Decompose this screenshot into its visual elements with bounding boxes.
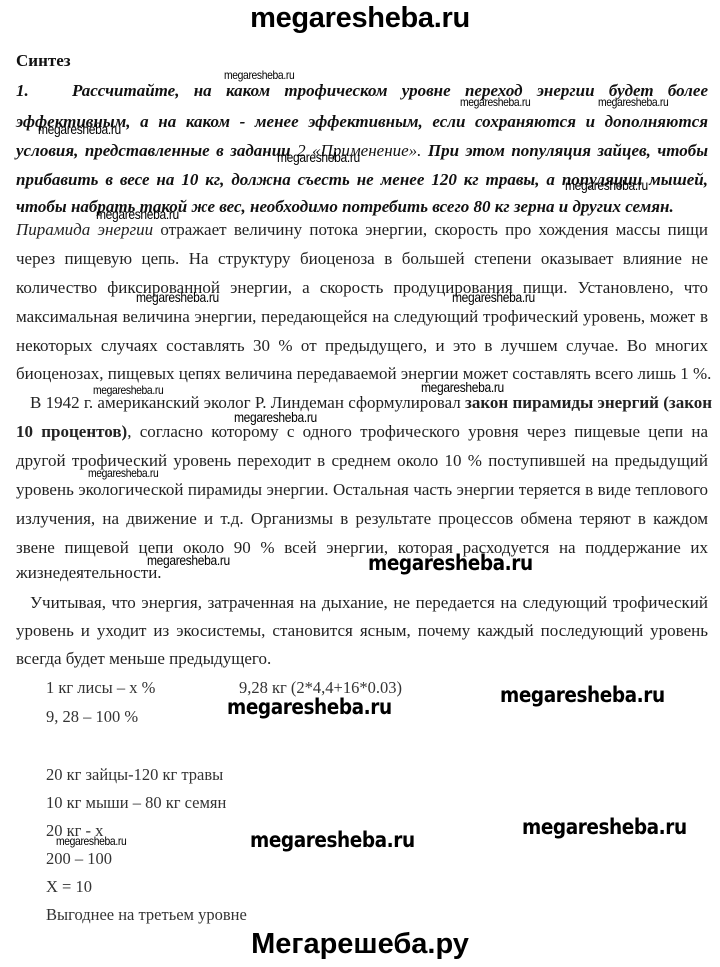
paragraph3-line-1: Учитывая, что энергия, затраченная на ды… [30,593,708,613]
calc-mice: 10 кг мыши – 80 кг семян [46,793,226,813]
watermark: megaresheba.ru [565,177,648,193]
watermark: megaresheba.ru [368,551,533,575]
section-title: Синтез [16,51,71,71]
watermark: megaresheba.ru [460,95,530,109]
calc-fox-line: 1 кг лисы – х % [46,678,155,698]
calc-result: X = 10 [46,877,92,897]
watermark: megaresheba.ru [147,552,230,568]
paragraph1-line-1: Пирамида энергии отражает величину поток… [16,220,708,240]
paragraph2-line-2: 10 процентов), согласно которому с одног… [16,422,708,442]
calc-fox-total: 9, 28 – 100 % [46,707,138,727]
watermark: megaresheba.ru [234,409,317,425]
watermark: megaresheba.ru [277,149,360,165]
watermark: megaresheba.ru [38,121,121,137]
watermark: megaresheba.ru [56,834,126,848]
paragraph1-line-5: некоторых случаях составлять 30 % от пре… [16,336,708,356]
watermark: megaresheba.ru [136,289,219,305]
watermark: megaresheba.ru [421,379,504,395]
calc-hares: 20 кг зайцы-120 кг травы [46,765,223,785]
watermark: megaresheba.ru [500,683,665,707]
task-line-3: условия, представленные в задании 2 «При… [16,141,708,161]
term-energy-pyramid: Пирамида энергии [16,220,153,239]
watermark: megaresheba.ru [598,95,668,109]
paragraph2-line-6: звене пищевой цепи около 90 % всей энерг… [16,538,708,558]
watermark: megaresheba.ru [452,289,535,305]
law-name: закон пирамиды энергий (закон [465,393,712,412]
paragraph1-line-6: биоценозах, пищевых цепях величина перед… [16,364,708,384]
watermark: megaresheba.ru [227,695,392,719]
watermark: megaresheba.ru [250,828,415,852]
calc-conclusion: Выгоднее на третьем уровне [46,905,247,925]
calc-ratio: 200 – 100 [46,849,112,869]
paragraph3-line-2: уровень и уходит из экосистемы, становит… [16,621,708,641]
paragraph1-line-4: максимальная величина энергии, передающе… [16,307,708,327]
watermark: megaresheba.ru [93,383,163,397]
site-footer: Мегарешеба.ру [0,928,720,961]
watermark: megaresheba.ru [224,68,294,82]
paragraph3-line-3: всегда будет меньше предыдущего. [16,649,708,669]
task-number: 1. [16,81,72,101]
watermark: megaresheba.ru [96,206,179,222]
paragraph2-line-7: жизнедеятельности. [16,563,708,583]
paragraph2-line-5: излучения, на движение и т.д. Организмы … [16,509,708,529]
paragraph1-line-2: через пищевую цепь. На структуру биоцено… [16,249,708,269]
site-header: megaresheba.ru [0,2,720,35]
watermark: megaresheba.ru [88,466,158,480]
paragraph2-line-4: уровень экологической пирамиды энергии. … [16,480,708,500]
watermark: megaresheba.ru [522,815,687,839]
paragraph1-line-3: количество фиксированной энергии, а скор… [16,278,708,298]
